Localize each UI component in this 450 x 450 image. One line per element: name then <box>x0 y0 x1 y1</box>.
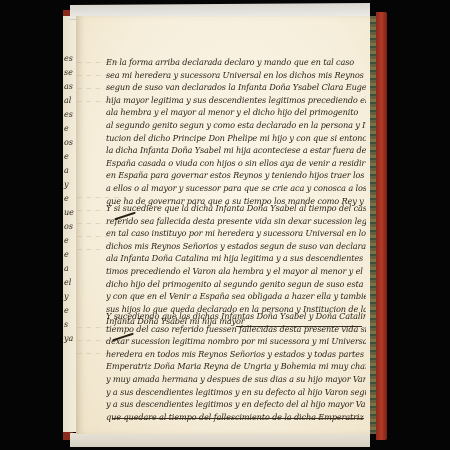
text-line: Emperatriz Doña Maria Reyna de Ungria y … <box>106 360 366 373</box>
tissue-sheet-bottom <box>70 433 370 447</box>
closing-rule <box>112 418 364 419</box>
text-line: timos precediendo el Varon ala hembra y … <box>106 265 366 278</box>
facing-page-fragment: es <box>64 54 73 63</box>
text-line: segun de suso van declarados la Infanta … <box>106 81 366 94</box>
text-line: sea mi heredera y sucessora Universal en… <box>106 69 366 82</box>
facing-page-fragment: os <box>64 222 73 231</box>
binding-cover-right <box>376 12 387 440</box>
facing-page-fragment: as <box>64 82 73 91</box>
text-line: En la forma arriba declarada declaro y m… <box>106 56 366 69</box>
paragraph-1: En la forma arriba declarada declaro y m… <box>106 56 366 207</box>
facing-page-fragment: s <box>64 320 68 329</box>
facing-page-fragment: y <box>64 180 69 189</box>
text-line: y a sus descendientes legitimos y en su … <box>106 386 366 399</box>
text-line: y muy amada hermana y despues de sus dia… <box>106 373 366 386</box>
text-line: al segundo genito segun y como esta decl… <box>106 119 366 132</box>
facing-page-edge: esseasaleseoseayeueoseeaelyesya <box>63 16 77 432</box>
text-line: en tal caso instituyo por mi heredera y … <box>106 227 366 240</box>
facing-page-fragment: a <box>64 166 69 175</box>
facing-page-fragment: ue <box>64 208 74 217</box>
text-line: España casada o viuda con hijos o sin el… <box>106 157 366 170</box>
facing-page-fragment: y <box>64 292 69 301</box>
text-line: en España para governar estos Reynos y t… <box>106 169 366 182</box>
facing-page-fragment: se <box>64 68 73 77</box>
text-line: ala Infanta Doña Catalina mi hija legiti… <box>106 252 366 265</box>
text-line: dexar sucession legitima nombro por mi s… <box>106 335 366 348</box>
text-line: y con que en el Venir a España sea oblig… <box>106 290 366 303</box>
facing-page-fragment: os <box>64 138 73 147</box>
facing-page-fragment: e <box>64 236 69 245</box>
text-line: referido sea fallecida desta presente vi… <box>106 215 366 228</box>
text-line: tucion del dicho Principe Don Phelipe mi… <box>106 132 366 145</box>
text-line: Y sucediendo que las dichas Infantas Doñ… <box>106 310 366 323</box>
facing-page-fragment: e <box>64 152 69 161</box>
text-line: dicho hijo del primogenito al segundo ge… <box>106 278 366 291</box>
facing-page-fragment: e <box>64 250 69 259</box>
facing-page-fragment: el <box>64 278 71 287</box>
facing-page-fragment: e <box>64 194 69 203</box>
text-line: heredera en todos mis Reynos Señorios y … <box>106 348 366 361</box>
text-line: hija mayor legitima y sus descendientes … <box>106 94 366 107</box>
facing-page-fragment: e <box>64 306 69 315</box>
facing-page-fragment: ya <box>64 334 73 343</box>
text-line: y a sus descendientes legitimos y en def… <box>106 398 366 411</box>
paragraph-3: Y sucediendo que las dichas Infantas Doñ… <box>106 310 366 423</box>
text-line: a ellos o al mayor y sucessor para que s… <box>106 182 366 195</box>
facing-page-fragment: e <box>64 124 69 133</box>
facing-page-fragment: a <box>64 264 69 273</box>
text-line: Y si sucediere que la dicha Infanta Doña… <box>106 202 366 215</box>
manuscript-viewer: esseasaleseoseayeueoseeaelyesya ~ ~ ~ ~ … <box>0 0 450 450</box>
text-line: la dicha Infanta Doña Ysabel mi hija aco… <box>106 144 366 157</box>
facing-page-fragment: al <box>64 96 71 105</box>
text-line: ala hembra y el mayor al menor y el dich… <box>106 106 366 119</box>
text-line: dichos mis Reynos Señorios y estados seg… <box>106 240 366 253</box>
facing-page-fragment: es <box>64 110 73 119</box>
text-line: tiempo del caso referido fuessen falleci… <box>106 323 366 336</box>
manuscript-page: ~ ~ ~ ~ ~~ ~ ~ ~~ ~ ~ ~ ~~ ~ ~ ~ ~ ~ ~ ~… <box>76 16 370 434</box>
